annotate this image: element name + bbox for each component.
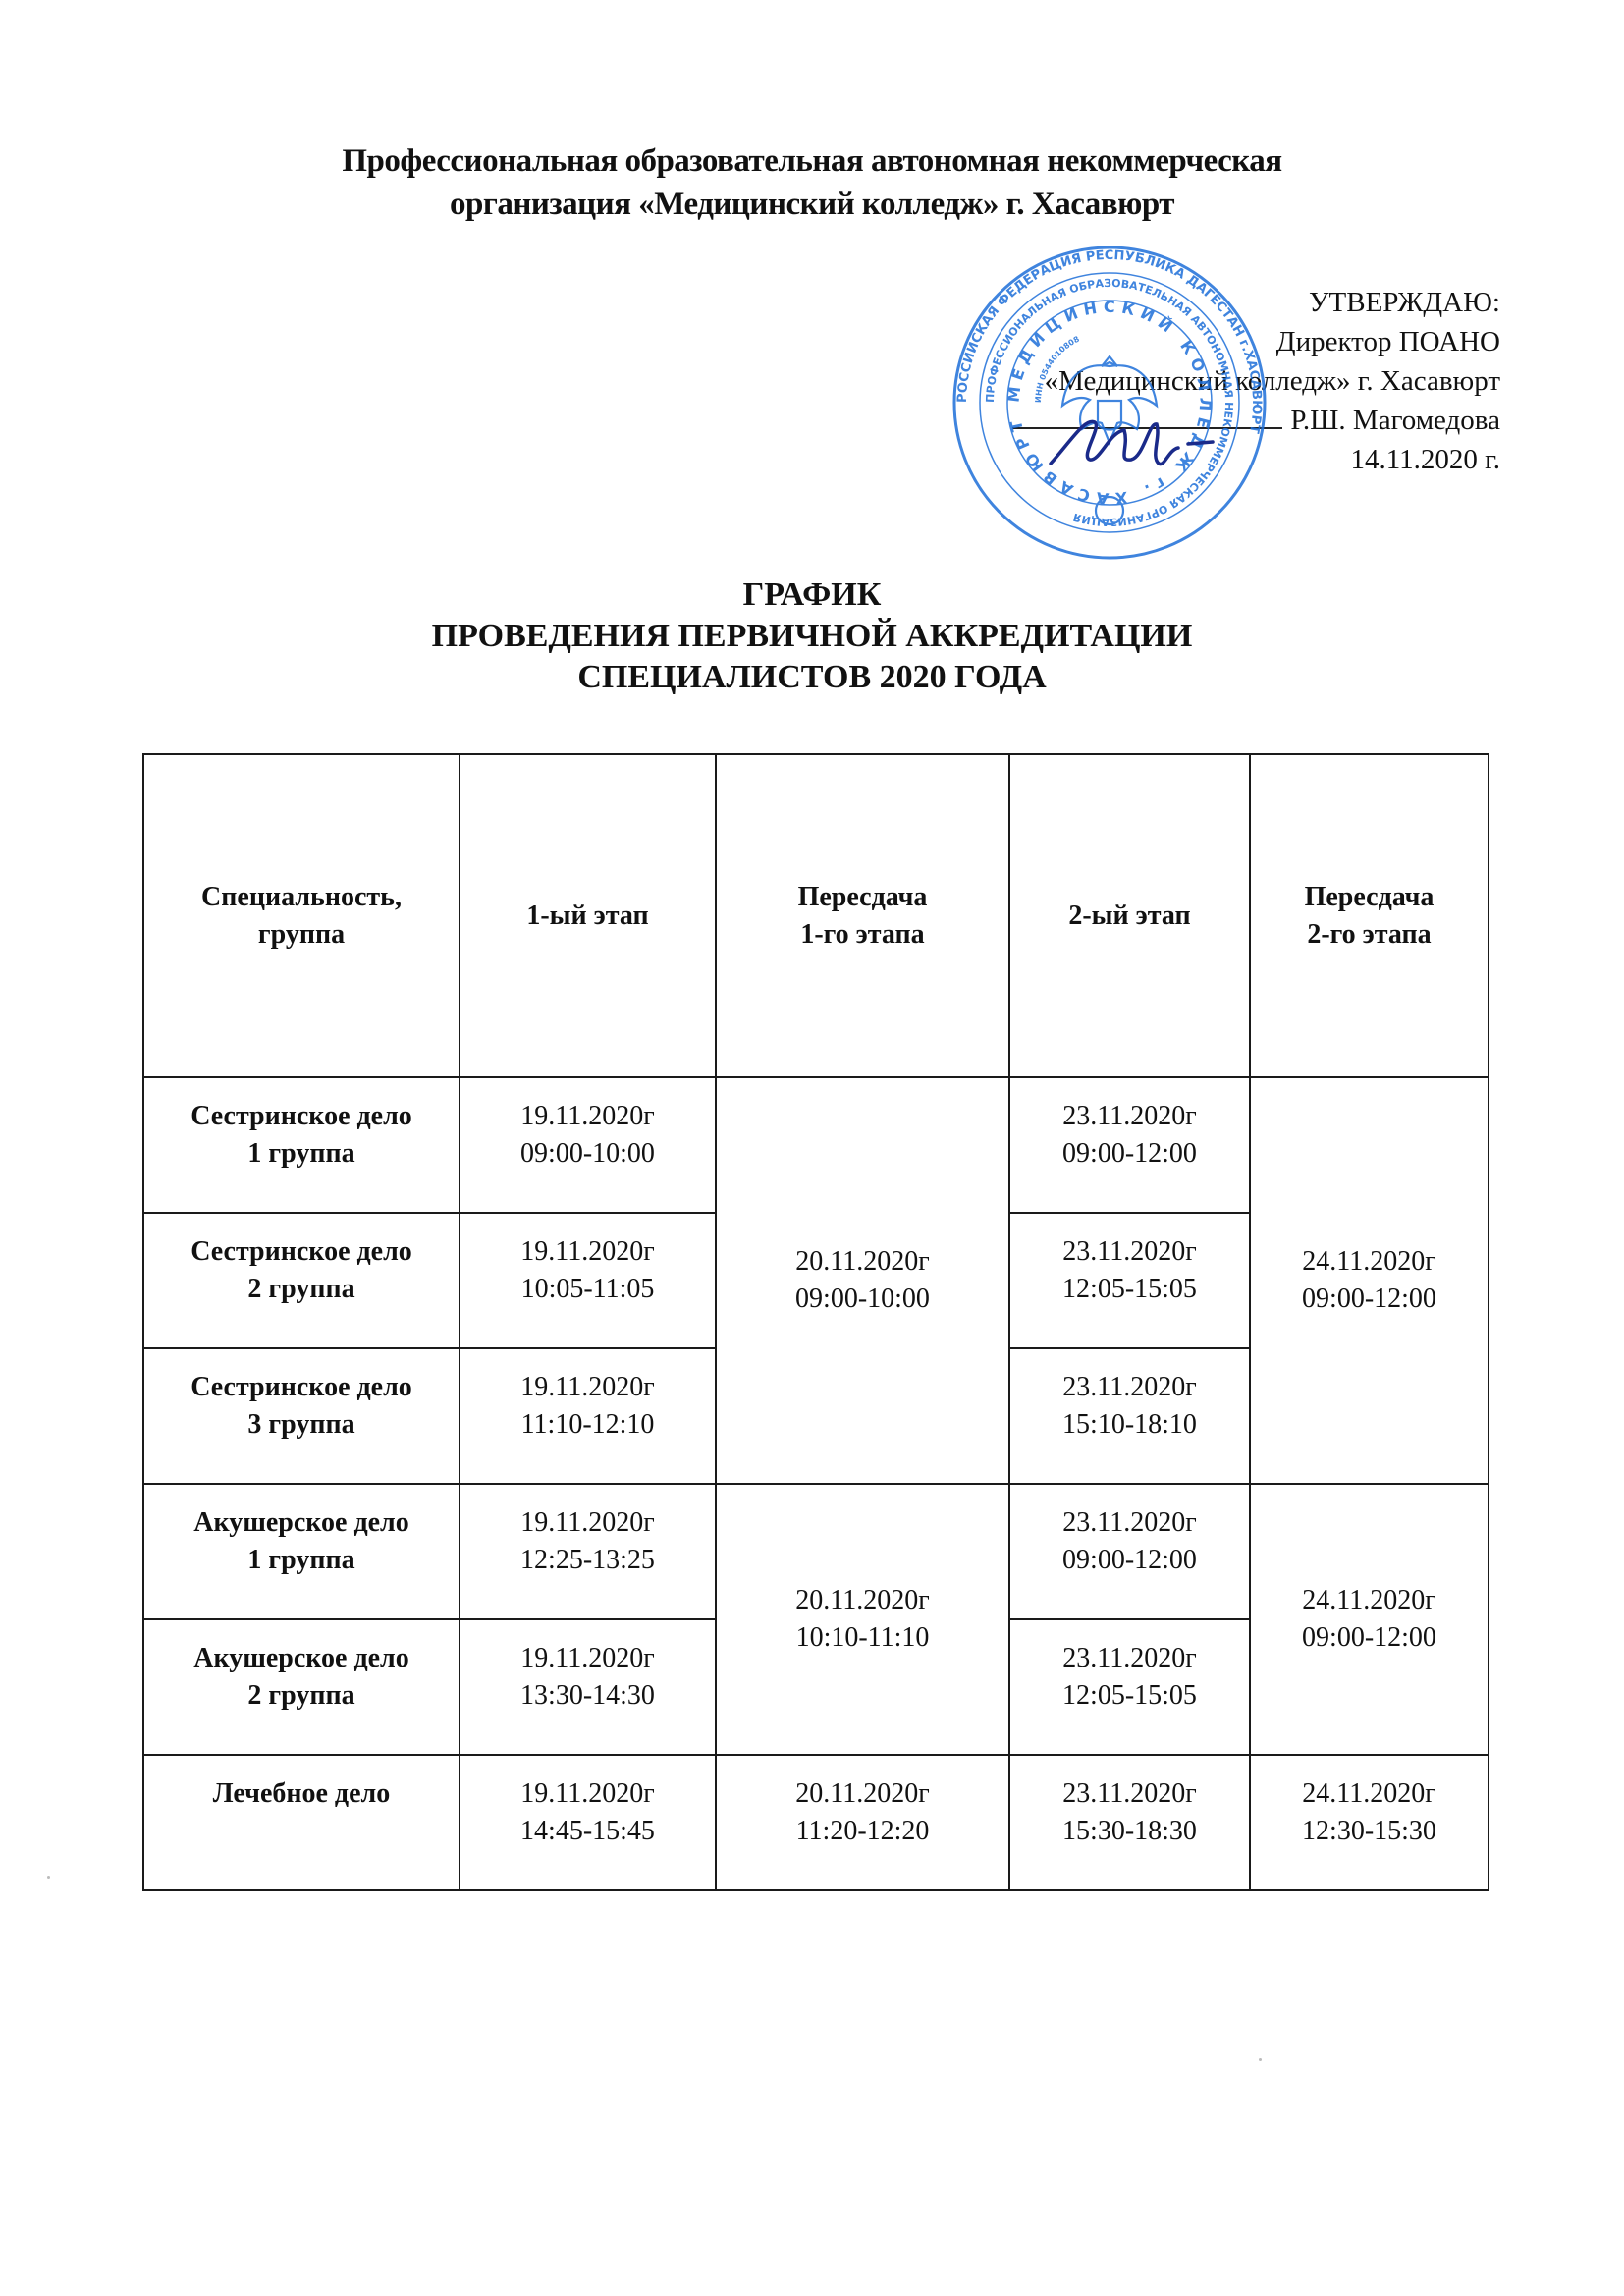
stage2-cell: 23.11.2020г15:10-18:10 bbox=[1009, 1348, 1250, 1484]
table-row: Акушерское дело1 группа 19.11.2020г12:25… bbox=[143, 1484, 1489, 1619]
document-title: ГРАФИК ПРОВЕДЕНИЯ ПЕРВИЧНОЙ АККРЕДИТАЦИИ… bbox=[0, 574, 1624, 698]
stage2-cell: 23.11.2020г15:30-18:30 bbox=[1009, 1755, 1250, 1890]
stage1-cell: 19.11.2020г10:05-11:05 bbox=[460, 1213, 716, 1348]
title-line-2: ПРОВЕДЕНИЯ ПЕРВИЧНОЙ АККРЕДИТАЦИИ bbox=[0, 616, 1624, 657]
specialty-cell: Сестринское дело3 группа bbox=[143, 1348, 460, 1484]
stage2-cell: 23.11.2020г09:00-12:00 bbox=[1009, 1484, 1250, 1619]
stage2-cell: 23.11.2020г09:00-12:00 bbox=[1009, 1077, 1250, 1213]
stage1-cell: 19.11.2020г09:00-10:00 bbox=[460, 1077, 716, 1213]
org-name-line-1: Профессиональная образовательная автоном… bbox=[0, 139, 1624, 183]
column-header-retake1: Пересдача1-го этапа bbox=[716, 754, 1009, 1077]
specialty-cell: Сестринское дело2 группа bbox=[143, 1213, 460, 1348]
org-name-line-2: организация «Медицинский колледж» г. Хас… bbox=[0, 183, 1624, 226]
specialty-cell: Акушерское дело1 группа bbox=[143, 1484, 460, 1619]
stage1-cell: 19.11.2020г12:25-13:25 bbox=[460, 1484, 716, 1619]
column-header-stage1: 1-ый этап bbox=[460, 754, 716, 1077]
director-signature-icon bbox=[1041, 403, 1227, 471]
stage1-cell: 19.11.2020г13:30-14:30 bbox=[460, 1619, 716, 1755]
specialty-cell: Сестринское дело1 группа bbox=[143, 1077, 460, 1213]
stage2-cell: 23.11.2020г12:05-15:05 bbox=[1009, 1619, 1250, 1755]
approval-position: Директор ПОАНО bbox=[1012, 322, 1500, 361]
stage1-cell: 19.11.2020г11:10-12:10 bbox=[460, 1348, 716, 1484]
scan-speck bbox=[1259, 2058, 1262, 2061]
approval-organization: «Медицинский колледж» г. Хасавюрт bbox=[1012, 361, 1500, 401]
retake1-cell: 20.11.2020г09:00-10:00 bbox=[716, 1077, 1009, 1484]
retake2-cell: 24.11.2020г09:00-12:00 bbox=[1250, 1484, 1489, 1755]
column-header-stage2: 2-ый этап bbox=[1009, 754, 1250, 1077]
column-header-retake2: Пересдача2-го этапа bbox=[1250, 754, 1489, 1077]
accreditation-schedule-table: Специальность,группа 1-ый этап Пересдача… bbox=[142, 753, 1489, 1891]
title-line-3: СПЕЦИАЛИСТОВ 2020 ГОДА bbox=[0, 657, 1624, 698]
retake2-cell: 24.11.2020г09:00-12:00 bbox=[1250, 1077, 1489, 1484]
table-row: Сестринское дело1 группа 19.11.2020г09:0… bbox=[143, 1077, 1489, 1213]
organization-header: Профессиональная образовательная автоном… bbox=[0, 139, 1624, 226]
approval-signatory: Р.Ш. Магомедова bbox=[1290, 405, 1500, 436]
table-header-row: Специальность,группа 1-ый этап Пересдача… bbox=[143, 754, 1489, 1077]
stage1-cell: 19.11.2020г14:45-15:45 bbox=[460, 1755, 716, 1890]
retake1-cell: 20.11.2020г11:20-12:20 bbox=[716, 1755, 1009, 1890]
specialty-cell: Акушерское дело2 группа bbox=[143, 1619, 460, 1755]
specialty-cell: Лечебное дело bbox=[143, 1755, 460, 1890]
retake1-cell: 20.11.2020г10:10-11:10 bbox=[716, 1484, 1009, 1755]
retake2-cell: 24.11.2020г12:30-15:30 bbox=[1250, 1755, 1489, 1890]
scan-speck bbox=[47, 1876, 50, 1879]
stage2-cell: 23.11.2020г12:05-15:05 bbox=[1009, 1213, 1250, 1348]
title-line-1: ГРАФИК bbox=[0, 574, 1624, 616]
column-header-specialty: Специальность,группа bbox=[143, 754, 460, 1077]
table-row: Лечебное дело 19.11.2020г14:45-15:45 20.… bbox=[143, 1755, 1489, 1890]
approval-label: УТВЕРЖДАЮ: bbox=[1012, 283, 1500, 322]
